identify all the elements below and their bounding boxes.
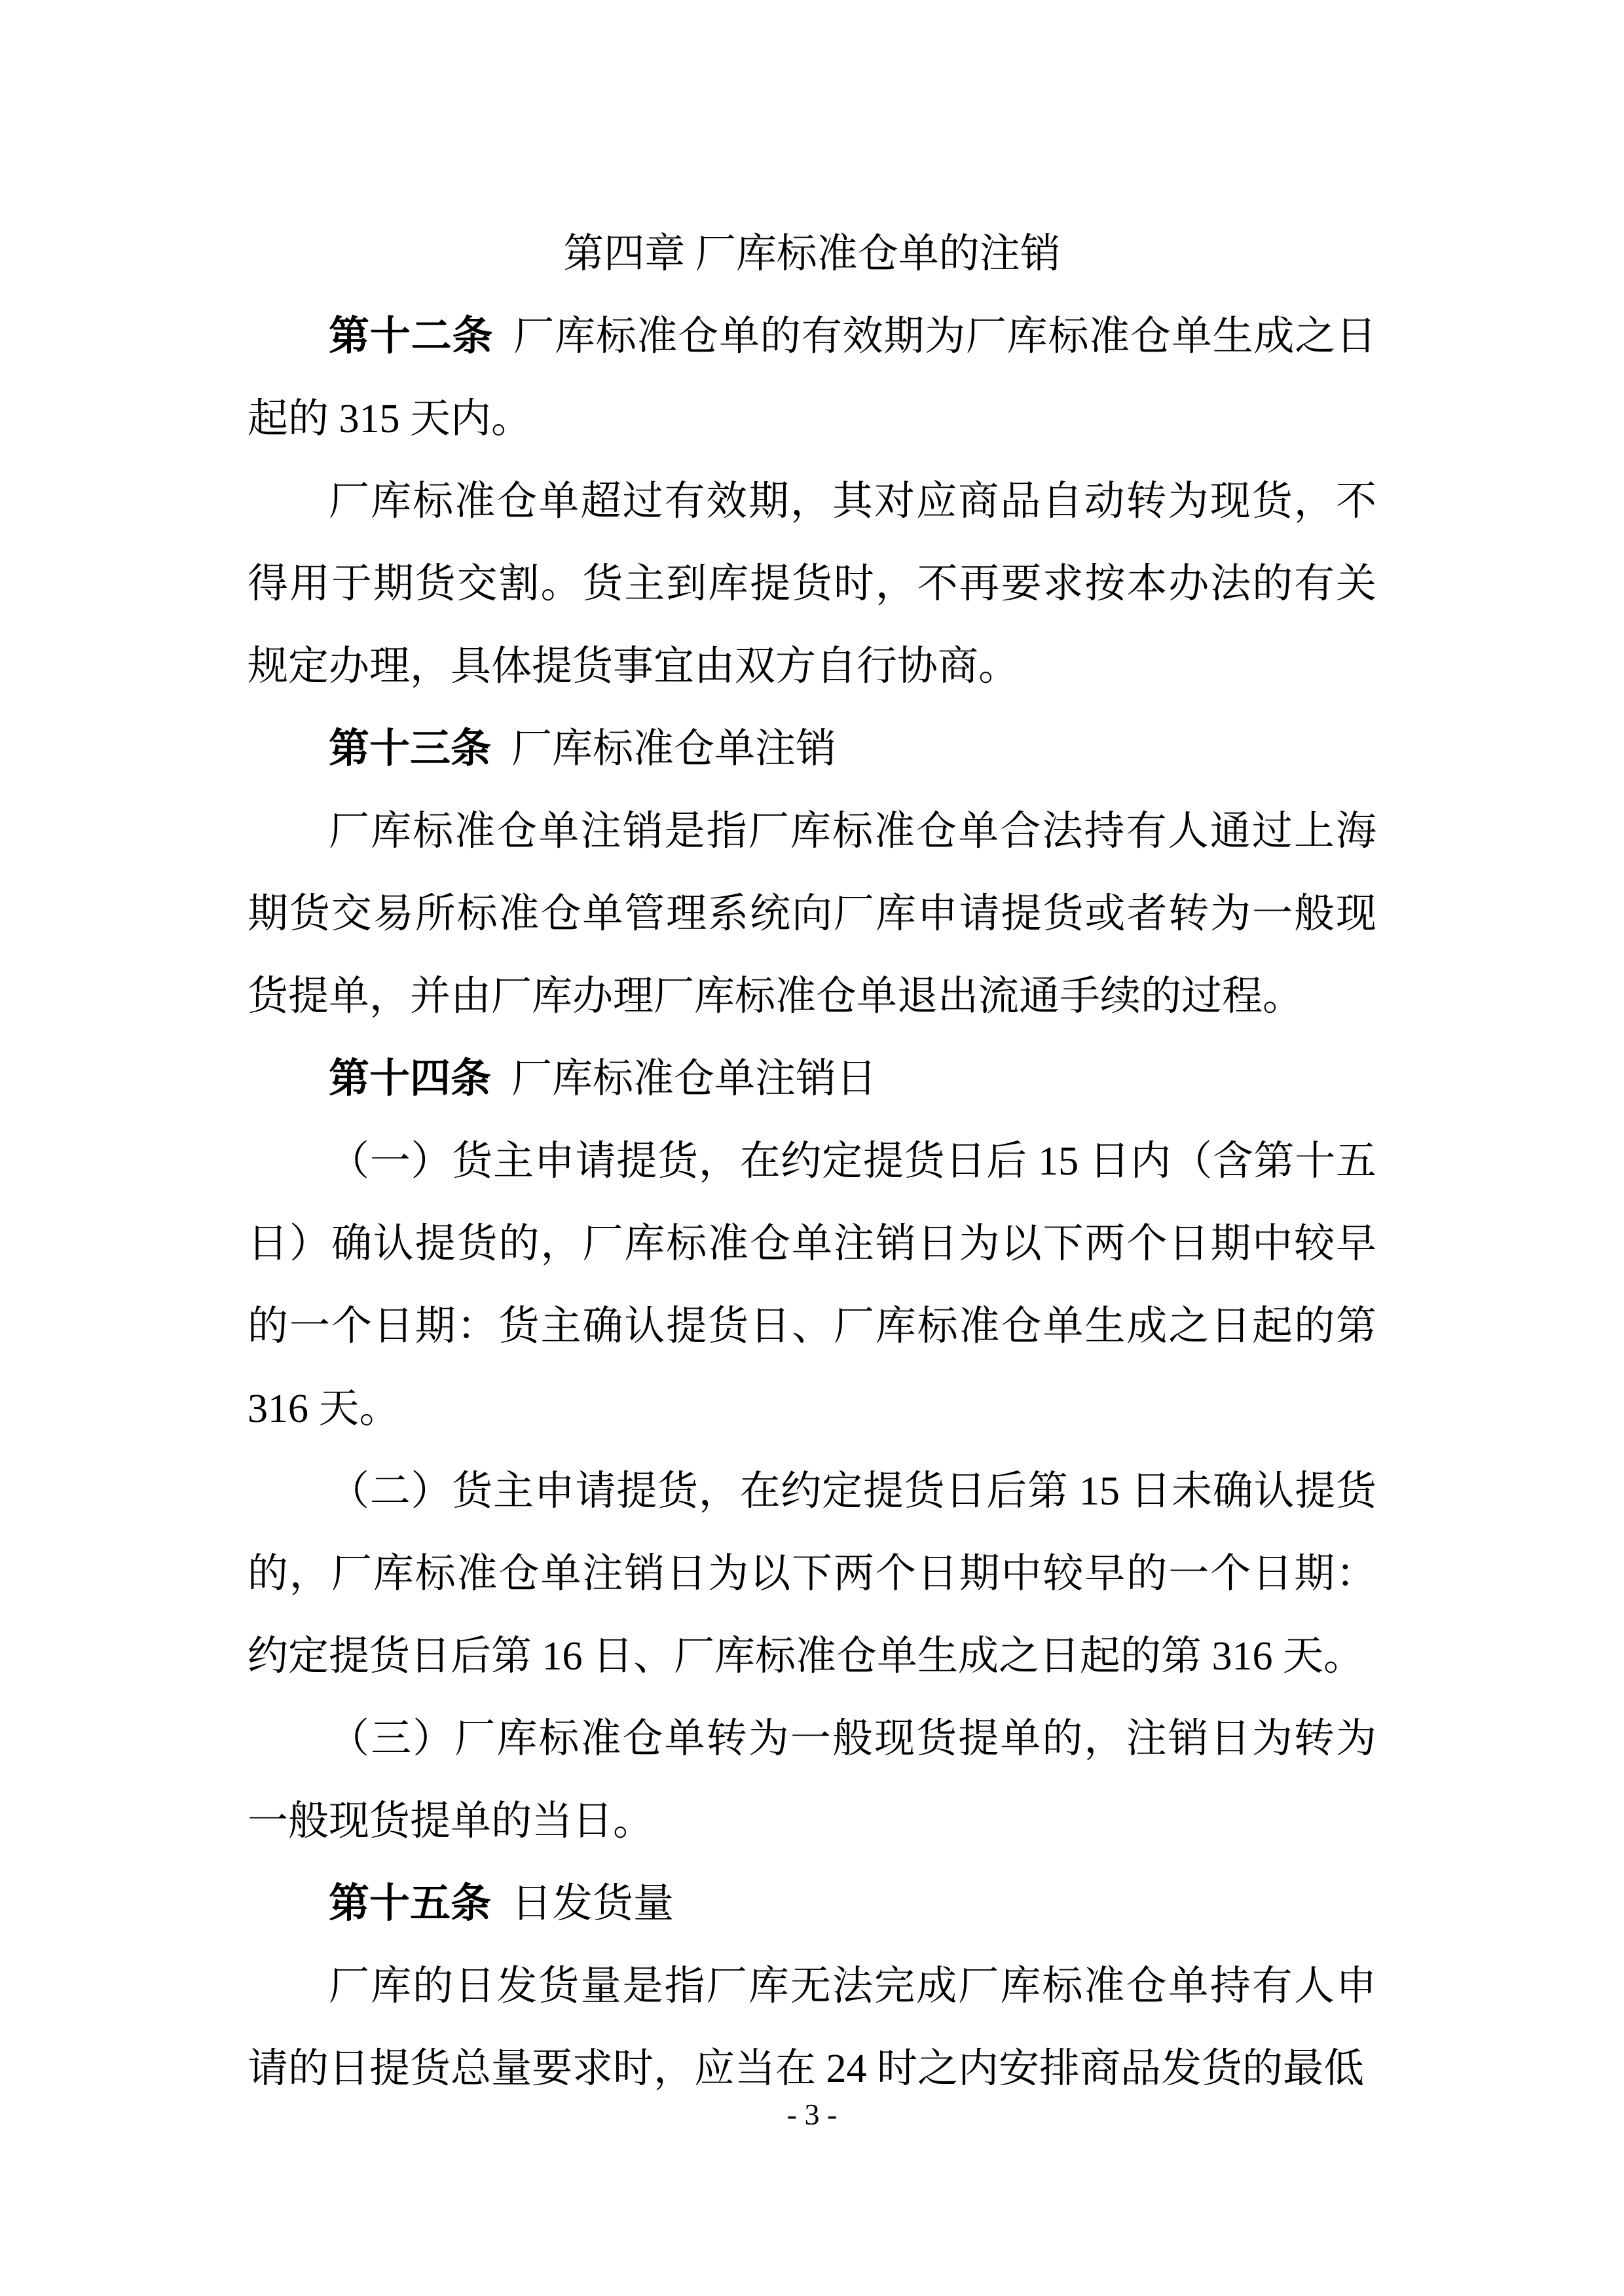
article-number: 第十四条 xyxy=(329,1057,491,1101)
paragraph-text: 厂库的日发货量是指厂库无法完成厂库标准仓单持有人申请的日提货总量要求时，应当在 … xyxy=(248,1964,1376,2091)
chapter-title: 第四章 厂库标准仓单的注销 xyxy=(248,213,1376,295)
paragraph-article-15: 第十五条日发货量 xyxy=(248,1863,1376,1945)
paragraph-article-12: 第十二条厂库标准仓单的有效期为厂库标准仓单生成之日起的 315 天内。 xyxy=(248,295,1376,460)
paragraph-item-3: （三）厂库标准仓单转为一般现货提单的，注销日为转为一般现货提单的当日。 xyxy=(248,1698,1376,1863)
paragraph-item-1: （一）货主申请提货，在约定提货日后 15 日内（含第十五日）确认提货的，厂库标准… xyxy=(248,1120,1376,1450)
paragraph-text: 日发货量 xyxy=(511,1882,674,1926)
page-number: - 3 - xyxy=(0,2092,1624,2137)
paragraph: 厂库标准仓单超过有效期，其对应商品自动转为现货，不得用于期货交割。货主到库提货时… xyxy=(248,460,1376,708)
paragraph: 厂库标准仓单注销是指厂库标准仓单合法持有人通过上海期货交易所标准仓单管理系统向厂… xyxy=(248,790,1376,1038)
paragraph-article-14: 第十四条厂库标准仓单注销日 xyxy=(248,1038,1376,1120)
paragraph-item-2: （二）货主申请提货，在约定提货日后第 15 日未确认提货的，厂库标准仓单注销日为… xyxy=(248,1450,1376,1698)
article-number: 第十五条 xyxy=(329,1882,491,1926)
paragraph-text: （三）厂库标准仓单转为一般现货提单的，注销日为转为一般现货提单的当日。 xyxy=(248,1717,1376,1844)
article-number: 第十二条 xyxy=(329,314,493,359)
article-number: 第十三条 xyxy=(329,727,491,771)
paragraph-text: 厂库标准仓单注销日 xyxy=(511,1057,877,1101)
paragraph-text: 厂库标准仓单超过有效期，其对应商品自动转为现货，不得用于期货交割。货主到库提货时… xyxy=(248,479,1376,689)
paragraph-text: 厂库标准仓单注销 xyxy=(511,727,836,771)
paragraph-text: （一）货主申请提货，在约定提货日后 15 日内（含第十五日）确认提货的，厂库标准… xyxy=(248,1139,1376,1431)
paragraph-article-13: 第十三条厂库标准仓单注销 xyxy=(248,708,1376,790)
paragraph-text: 厂库标准仓单注销是指厂库标准仓单合法持有人通过上海期货交易所标准仓单管理系统向厂… xyxy=(248,809,1376,1019)
document-body: 第四章 厂库标准仓单的注销 第十二条厂库标准仓单的有效期为厂库标准仓单生成之日起… xyxy=(248,213,1376,2110)
document-page: 第四章 厂库标准仓单的注销 第十二条厂库标准仓单的有效期为厂库标准仓单生成之日起… xyxy=(0,0,1624,2296)
paragraph-text: （二）货主申请提货，在约定提货日后第 15 日未确认提货的，厂库标准仓单注销日为… xyxy=(248,1469,1376,1679)
paragraph: 厂库的日发货量是指厂库无法完成厂库标准仓单持有人申请的日提货总量要求时，应当在 … xyxy=(248,1945,1376,2110)
